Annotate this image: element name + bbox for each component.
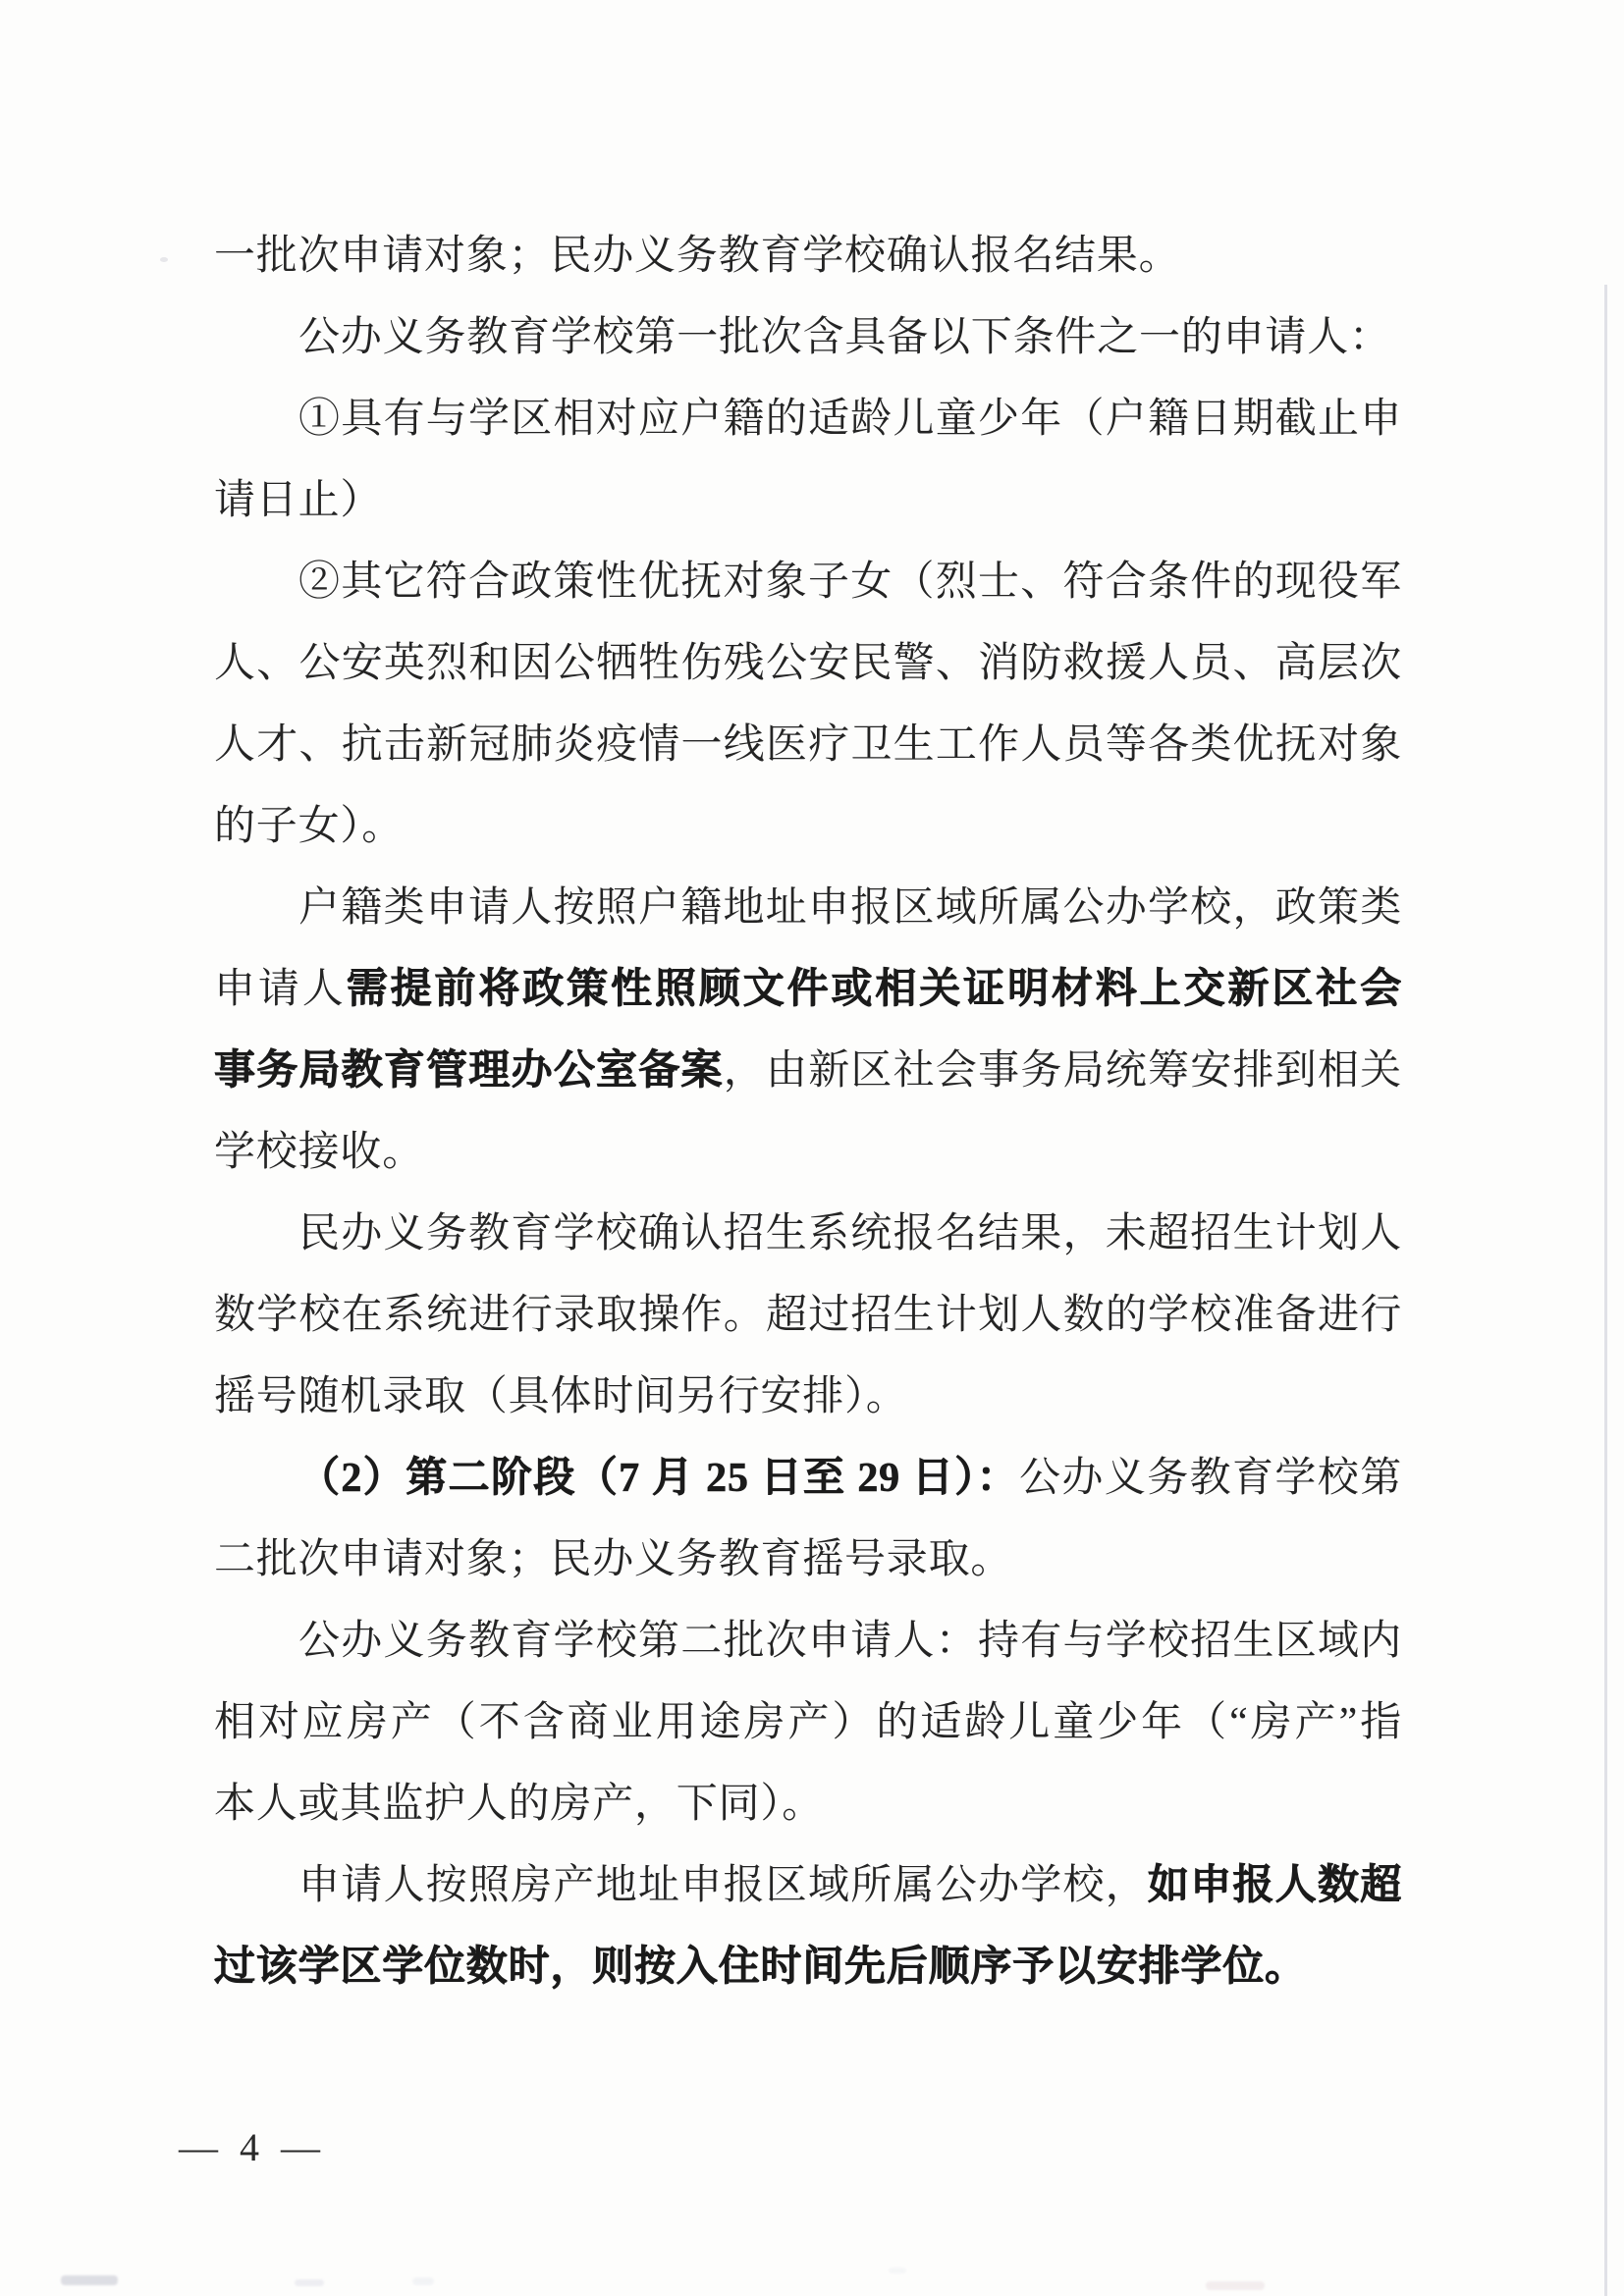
text-segment: 一批次申请对象；民办义务教育学校确认报名结果。: [214, 234, 1180, 279]
text-segment: ①具有与学区相对应户籍的适龄儿童少年（户籍日期截止申: [298, 397, 1402, 442]
text-segment: 的子女）。: [214, 804, 404, 849]
text-line: 人才、抗击新冠肺炎疫情一线医疗卫生工作人员等各类优抚对象: [214, 718, 1402, 799]
text-line: 申请人需提前将政策性照顾文件或相关证明材料上交新区社会: [214, 962, 1402, 1043]
text-line: ②其它符合政策性优抚对象子女（烈士、符合条件的现役军: [214, 555, 1402, 636]
text-line: 公办义务教育学校第一批次含具备以下条件之一的申请人：: [214, 310, 1402, 392]
text-segment: 数学校在系统进行录取操作。超过招生计划人数的学校准备进行: [214, 1293, 1402, 1338]
scan-smudge: [61, 2275, 118, 2285]
scan-smudge: [1206, 2281, 1265, 2290]
bold-text-segment: 过该学区学位数时，则按入住时间先后顺序予以安排学位。: [214, 1945, 1307, 1990]
page-number: — 4 —: [179, 2126, 326, 2169]
text-segment: ，由新区社会事务局统筹安排到相关: [724, 1048, 1402, 1094]
text-segment: 学校接收。: [214, 1130, 424, 1175]
text-segment: 请日止）: [214, 478, 382, 523]
scan-edge-artifact: [1604, 285, 1607, 2296]
text-segment: 公办义务教育学校第二批次申请人：持有与学校招生区域内: [298, 1619, 1402, 1664]
text-line: 学校接收。: [214, 1125, 1402, 1206]
text-segment: 民办义务教育学校确认招生系统报名结果，未超招生计划人: [298, 1211, 1402, 1256]
text-line: 请日止）: [214, 473, 1402, 555]
text-segment: 公办义务教育学校第: [1019, 1456, 1402, 1501]
text-segment: 申请人: [214, 967, 347, 1012]
text-line: 户籍类申请人按照户籍地址申报区域所属公办学校，政策类: [214, 881, 1402, 962]
text-segment: 户籍类申请人按照户籍地址申报区域所属公办学校，政策类: [298, 885, 1402, 931]
text-segment: 公办义务教育学校第一批次含具备以下条件之一的申请人：: [298, 315, 1391, 360]
text-line: 本人或其监护人的房产，下同）。: [214, 1777, 1402, 1858]
document-body: 一批次申请对象；民办义务教育学校确认报名结果。公办义务教育学校第一批次含具备以下…: [214, 229, 1402, 2021]
text-line: 一批次申请对象；民办义务教育学校确认报名结果。: [214, 229, 1402, 310]
text-segment: 本人或其监护人的房产，下同）。: [214, 1782, 824, 1827]
text-segment: 人、公安英烈和因公牺牲伤残公安民警、消防救援人员、高层次: [214, 641, 1402, 686]
text-segment: 人才、抗击新冠肺炎疫情一线医疗卫生工作人员等各类优抚对象: [214, 722, 1402, 768]
text-segment: 申请人按照房产地址申报区域所属公办学校，: [298, 1863, 1148, 1908]
document-page: 一批次申请对象；民办义务教育学校确认报名结果。公办义务教育学校第一批次含具备以下…: [0, 0, 1624, 2296]
scan-smudge: [295, 2279, 324, 2286]
bold-text-segment: 事务局教育管理办公室备案: [214, 1048, 724, 1094]
text-line: 民办义务教育学校确认招生系统报名结果，未超招生计划人: [214, 1206, 1402, 1288]
text-line: 二批次申请对象；民办义务教育摇号录取。: [214, 1532, 1402, 1614]
text-line: 相对应房产（不含商业用途房产）的适龄儿童少年（“房产”指: [214, 1695, 1402, 1777]
text-line: 事务局教育管理办公室备案，由新区社会事务局统筹安排到相关: [214, 1043, 1402, 1125]
text-line: ①具有与学区相对应户籍的适龄儿童少年（户籍日期截止申: [214, 392, 1402, 473]
bold-text-segment: （2）第二阶段（7 月 25 日至 29 日）：: [298, 1456, 1019, 1501]
text-line: 申请人按照房产地址申报区域所属公办学校，如申报人数超: [214, 1858, 1402, 1940]
text-line: 人、公安英烈和因公牺牲伤残公安民警、消防救援人员、高层次: [214, 636, 1402, 718]
text-line: 摇号随机录取（具体时间另行安排）。: [214, 1369, 1402, 1451]
bold-text-segment: 如申报人数超: [1148, 1863, 1402, 1908]
text-line: 过该学区学位数时，则按入住时间先后顺序予以安排学位。: [214, 1940, 1402, 2021]
bold-text-segment: 需提前将政策性照顾文件或相关证明材料上交新区社会: [347, 967, 1402, 1012]
text-line: 数学校在系统进行录取操作。超过招生计划人数的学校准备进行: [214, 1288, 1402, 1369]
text-segment: 二批次申请对象；民办义务教育摇号录取。: [214, 1537, 1012, 1582]
text-line: 公办义务教育学校第二批次申请人：持有与学校招生区域内: [214, 1614, 1402, 1695]
text-line: 的子女）。: [214, 799, 1402, 881]
scan-smudge: [412, 2277, 434, 2285]
text-line: （2）第二阶段（7 月 25 日至 29 日）：公办义务教育学校第: [214, 1451, 1402, 1532]
scan-dot-artifact: [160, 257, 168, 262]
text-segment: 相对应房产（不含商业用途房产）的适龄儿童少年（“房产”指: [214, 1700, 1402, 1745]
scan-smudge: [889, 2268, 906, 2273]
text-segment: ②其它符合政策性优抚对象子女（烈士、符合条件的现役军: [298, 560, 1402, 605]
text-segment: 摇号随机录取（具体时间另行安排）。: [214, 1374, 908, 1419]
